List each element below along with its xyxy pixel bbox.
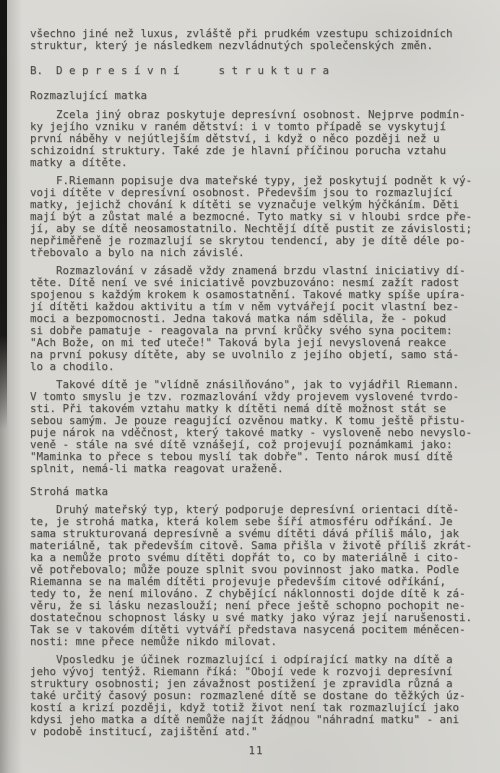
paragraph: Vposledku je účinek rozmazlující i odpír… xyxy=(30,654,482,738)
intro-continuation-paragraph: všechno jiné než luxus, zvláště při prud… xyxy=(30,28,482,52)
subheading-stroha-matka: Strohá matka xyxy=(30,486,482,498)
paragraph: F.Riemann popisuje dva mateřské typy, je… xyxy=(30,175,482,259)
paragraph: Rozmazlování v zásadě vždy znamená brzdu… xyxy=(30,265,482,373)
scan-edge-black-strip xyxy=(0,0,7,430)
scan-edge-shadow xyxy=(0,0,22,773)
paragraph: Druhý mateřský typ, který podporuje depr… xyxy=(30,504,482,648)
section-heading: B. D e p r e s í v n í s t r u k t u r a xyxy=(30,65,482,77)
page-number: 11 xyxy=(30,745,482,757)
text-block: všechno jiné než luxus, zvláště při prud… xyxy=(30,28,482,757)
paragraph: Takové dítě je "vlídně znásilňováno", ja… xyxy=(30,379,482,475)
paragraph: Zcela jiný obraz poskytuje depresívní os… xyxy=(30,109,482,169)
subheading-rozmazlujici-matka: Rozmazlující matka xyxy=(30,90,482,102)
scanned-document-page: všechno jiné než luxus, zvláště při prud… xyxy=(0,0,500,773)
